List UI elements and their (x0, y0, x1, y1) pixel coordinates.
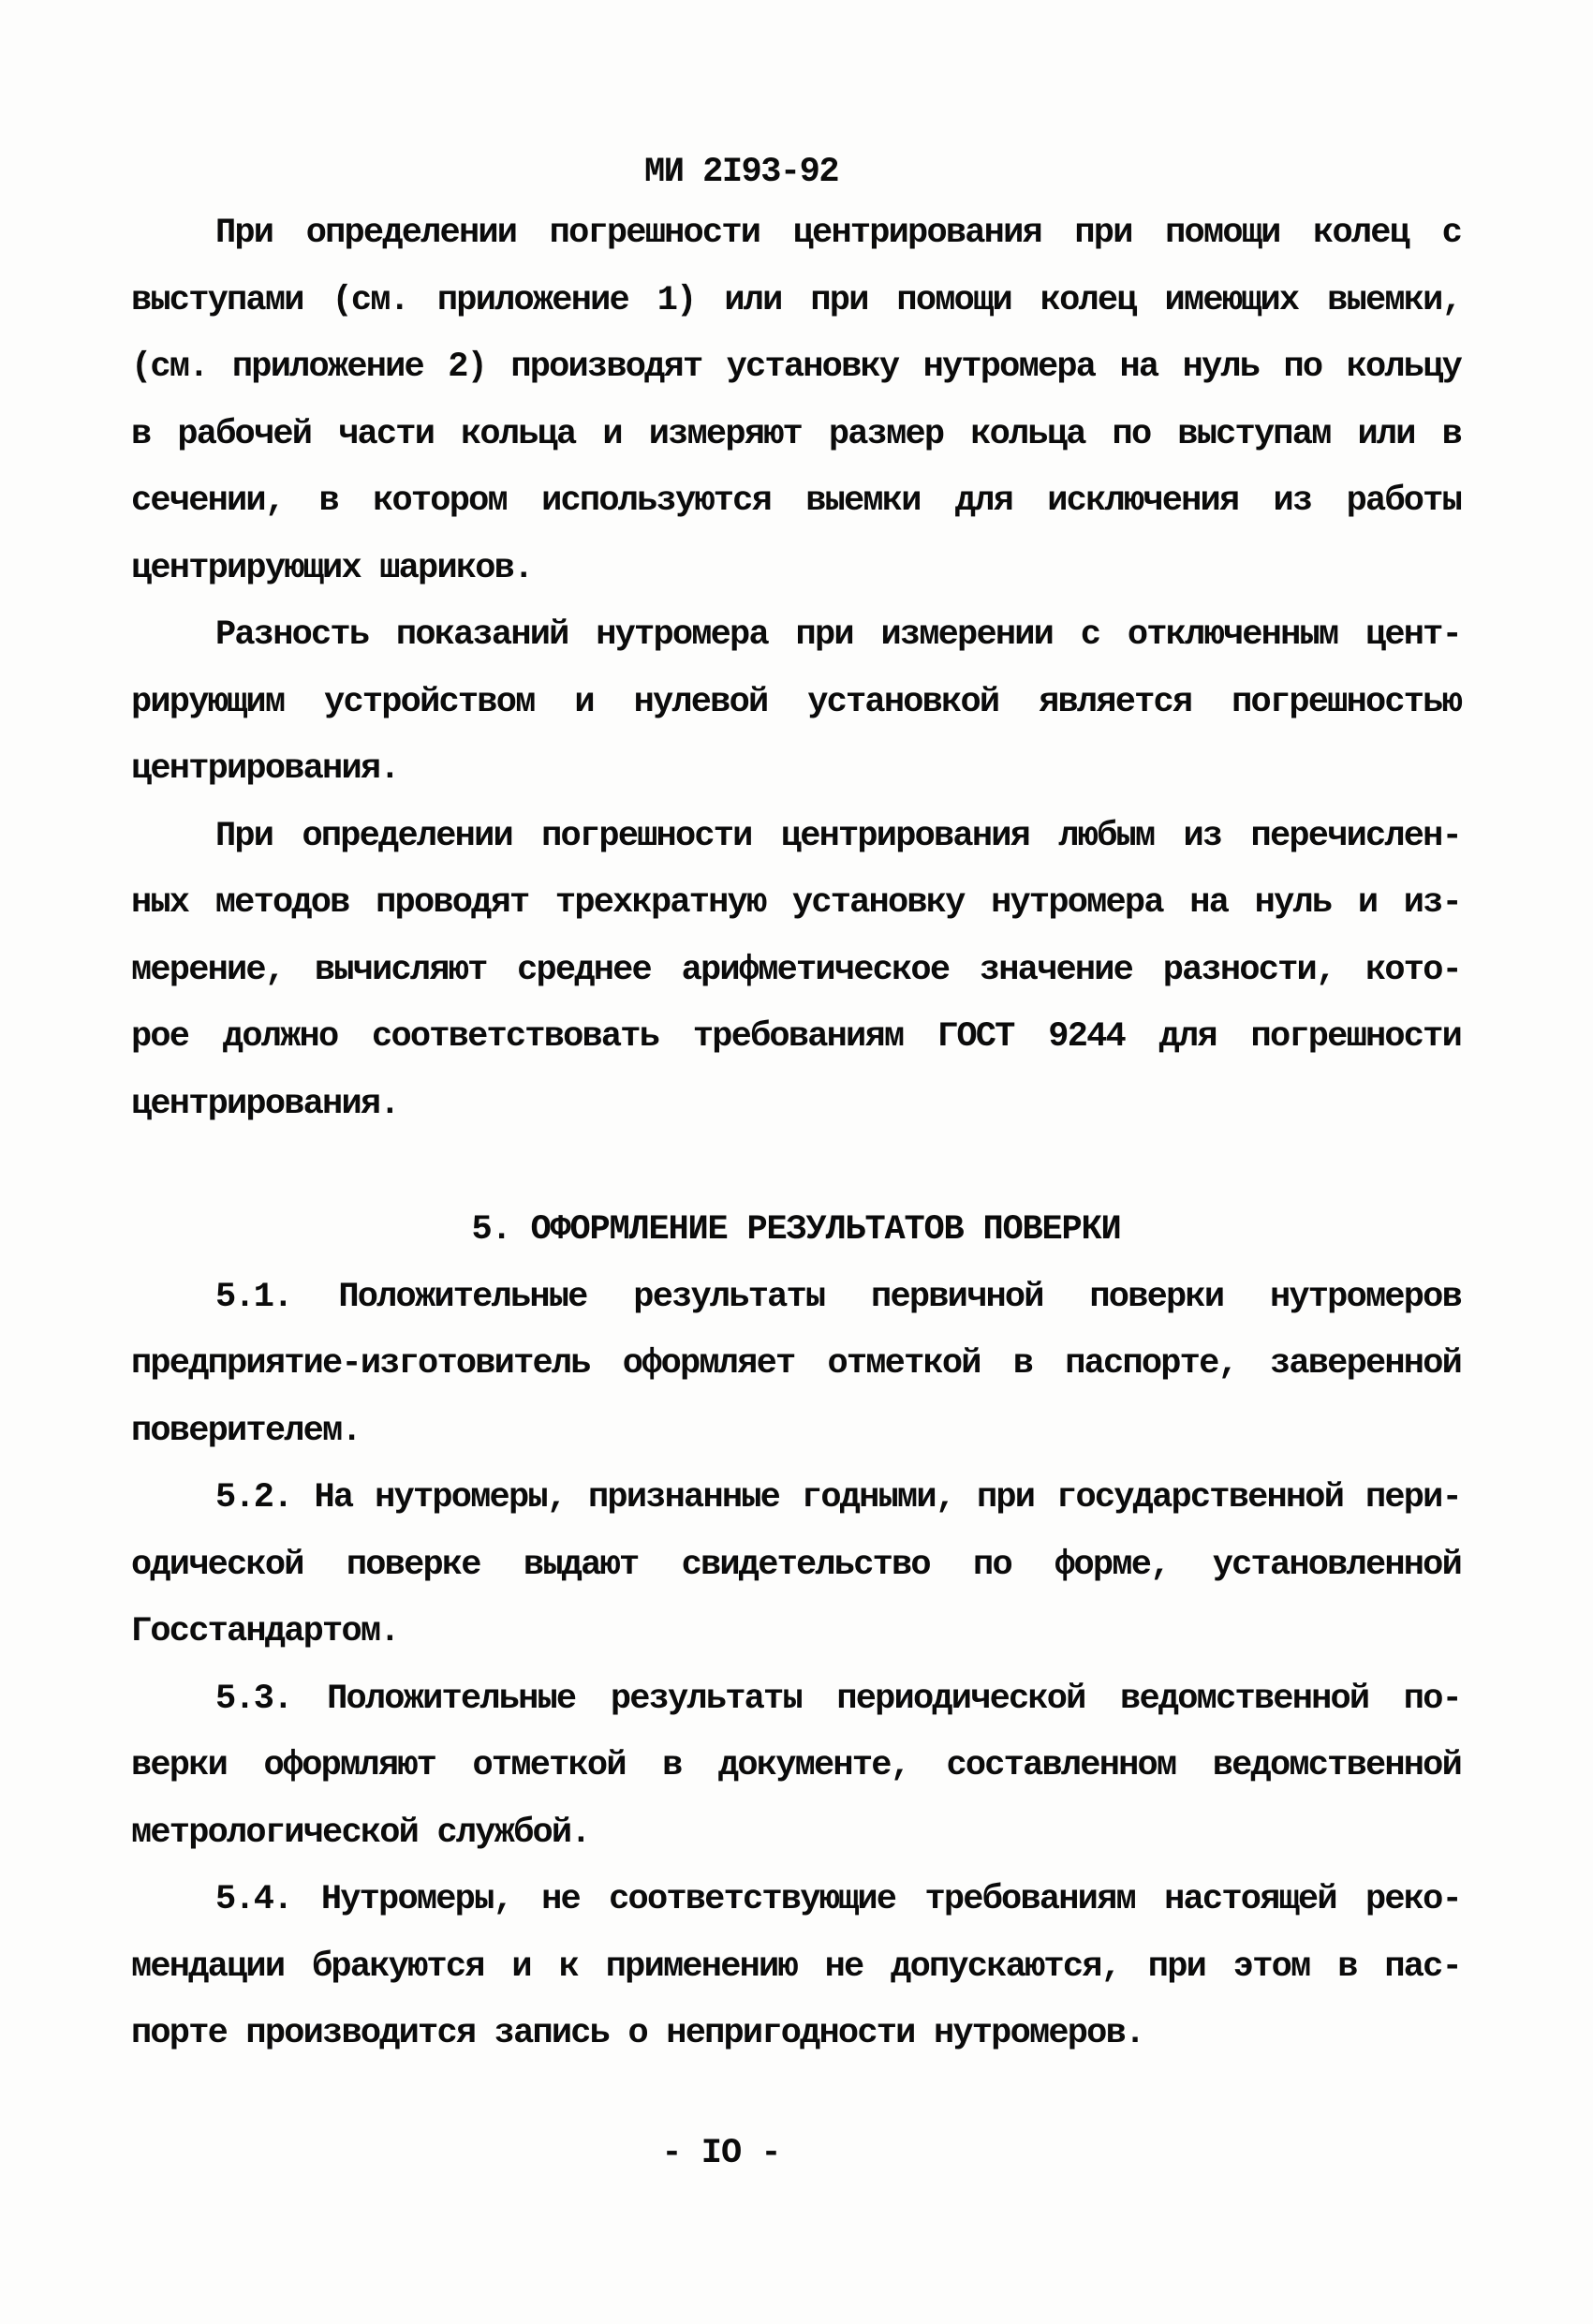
paragraph: Разность показаний нутромера при измерен… (131, 602, 1461, 804)
text-line: одической поверке выдают свидетельство п… (131, 1532, 1461, 1600)
paragraph: 5.3. Положительные результаты периодичес… (131, 1666, 1461, 1868)
text-line: 5.4. Нутромеры, не соответствующие требо… (131, 1867, 1461, 1934)
text-line: Госстандартом. (131, 1599, 1461, 1666)
text-line: 5.2. На нутромеры, признанные годными, п… (131, 1465, 1461, 1532)
text-line: ных методов проводят трехкратную установ… (131, 870, 1461, 938)
text-line: центрирующих шариков. (131, 536, 1461, 603)
text-line: поверителем. (131, 1399, 1461, 1466)
section-heading: 5. ОФОРМЛЕНИЕ РЕЗУЛЬТАТОВ ПОВЕРКИ (131, 1197, 1461, 1265)
paragraph: 5.2. На нутромеры, признанные годными, п… (131, 1465, 1461, 1666)
text-line: сечении, в котором используются выемки д… (131, 468, 1461, 536)
text-line: 5.1. Положительные результаты первичной … (131, 1265, 1461, 1332)
paragraph: При определении погрешности центрировани… (131, 804, 1461, 1139)
text-line: верки оформляют отметкой в документе, со… (131, 1733, 1461, 1800)
text-line: При определении погрешности центрировани… (131, 200, 1461, 268)
text-line: Разность показаний нутромера при измерен… (131, 602, 1461, 670)
text-line: мендации бракуются и к применению не доп… (131, 1934, 1461, 2002)
text-line: центрирования. (131, 1072, 1461, 1139)
text-line: выступами (см. приложение 1) или при пом… (131, 268, 1461, 335)
text-line: мерение, вычисляют среднее арифметическо… (131, 938, 1461, 1005)
document-body: При определении погрешности центрировани… (131, 200, 1461, 2068)
text-line: метрологической службой. (131, 1800, 1461, 1868)
paragraph: 5.1. Положительные результаты первичной … (131, 1265, 1461, 1466)
text-line: 5.3. Положительные результаты периодичес… (131, 1666, 1461, 1734)
text-line: (см. приложение 2) производят установку … (131, 334, 1461, 402)
text-line: порте производится запись о непригодност… (131, 2001, 1461, 2068)
text-line: центрирования. (131, 736, 1461, 804)
text-line: рирующим устройством и нулевой установко… (131, 670, 1461, 737)
paragraph: При определении погрешности центрировани… (131, 200, 1461, 602)
doc-code: МИ 2I93-92 (644, 153, 838, 192)
paragraph: 5.4. Нутромеры, не соответствующие требо… (131, 1867, 1461, 2068)
text-line: При определении погрешности центрировани… (131, 804, 1461, 871)
text-line: предприятие-изготовитель оформляет отмет… (131, 1331, 1461, 1399)
page-number: - IO - (581, 2134, 862, 2173)
text-line: рое должно соответствовать требованиям Г… (131, 1004, 1461, 1072)
document-page: МИ 2I93-92 При определении погрешности ц… (0, 0, 1593, 2324)
text-line: в рабочей части кольца и измеряют размер… (131, 402, 1461, 469)
